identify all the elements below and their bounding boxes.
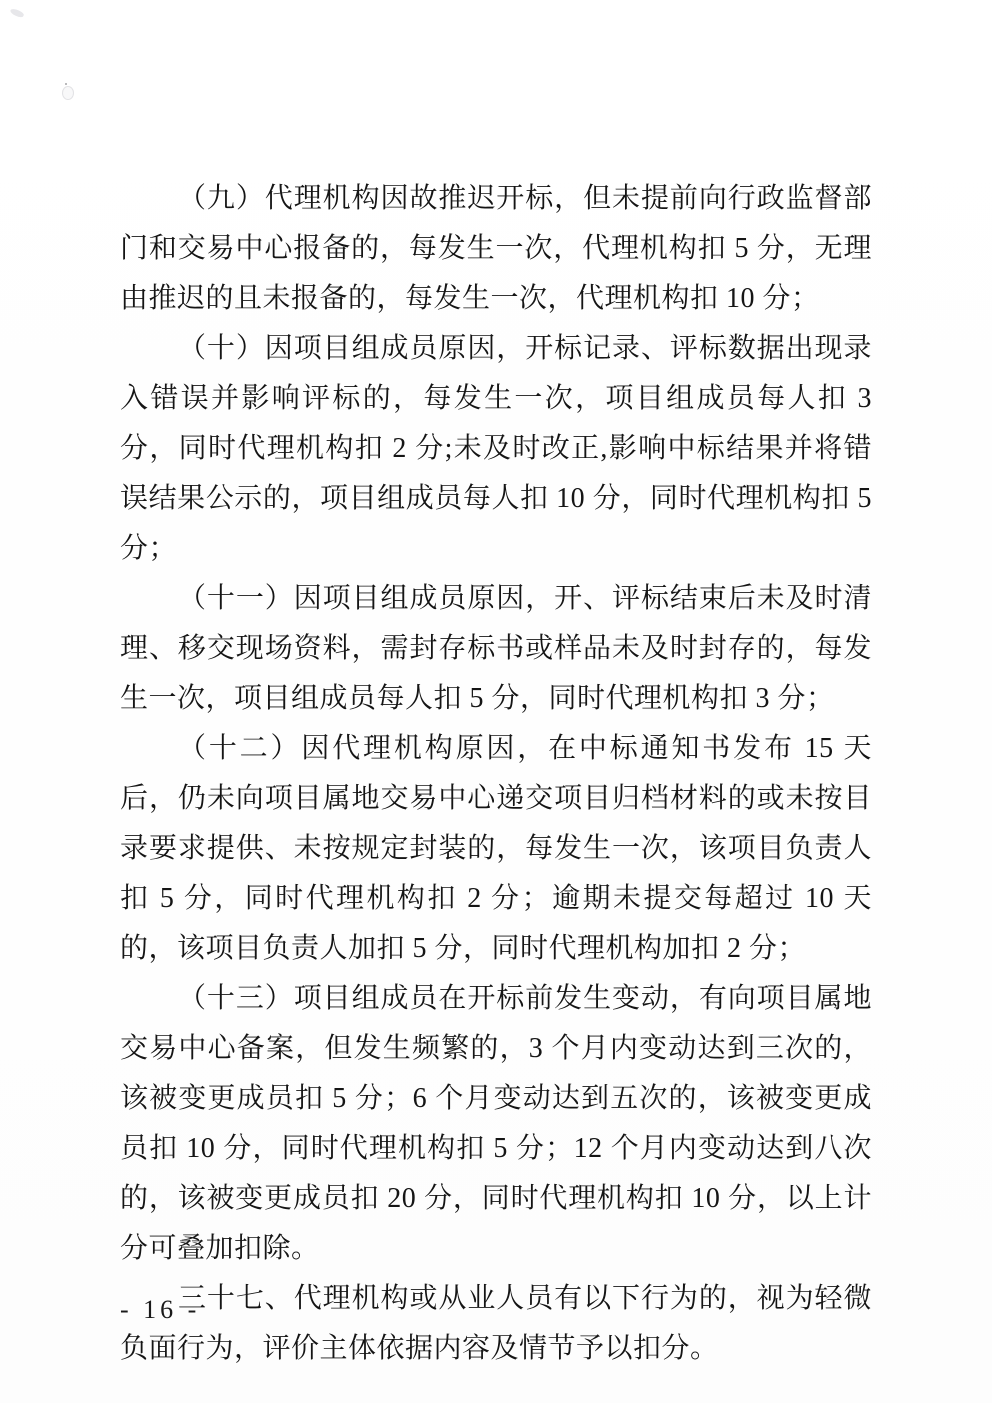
scanned-document-page: （九）代理机构因故推迟开标，但未提前向行政监督部门和交易中心报备的，每发生一次，…: [0, 0, 992, 1403]
scan-artifact: [62, 86, 74, 100]
paragraph-item-12: （十二）因代理机构原因，在中标通知书发布 15 天后，仍未向项目属地交易中心递交…: [120, 724, 872, 974]
document-body: （九）代理机构因故推迟开标，但未提前向行政监督部门和交易中心报备的，每发生一次，…: [120, 174, 872, 1374]
paragraph-item-37: 三十七、代理机构或从业人员有以下行为的，视为轻微负面行为，评价主体依据内容及情节…: [120, 1274, 872, 1374]
paragraph-item-13: （十三）项目组成员在开标前发生变动，有向项目属地交易中心备案，但发生频繁的，3 …: [120, 974, 872, 1274]
scan-artifact: [9, 7, 24, 18]
page-number: - 16 -: [120, 1295, 200, 1325]
paragraph-item-9: （九）代理机构因故推迟开标，但未提前向行政监督部门和交易中心报备的，每发生一次，…: [120, 174, 872, 324]
paragraph-item-10: （十）因项目组成员原因，开标记录、评标数据出现录入错误并影响评标的，每发生一次，…: [120, 324, 872, 574]
paragraph-item-11: （十一）因项目组成员原因，开、评标结束后未及时清理、移交现场资料，需封存标书或样…: [120, 574, 872, 724]
